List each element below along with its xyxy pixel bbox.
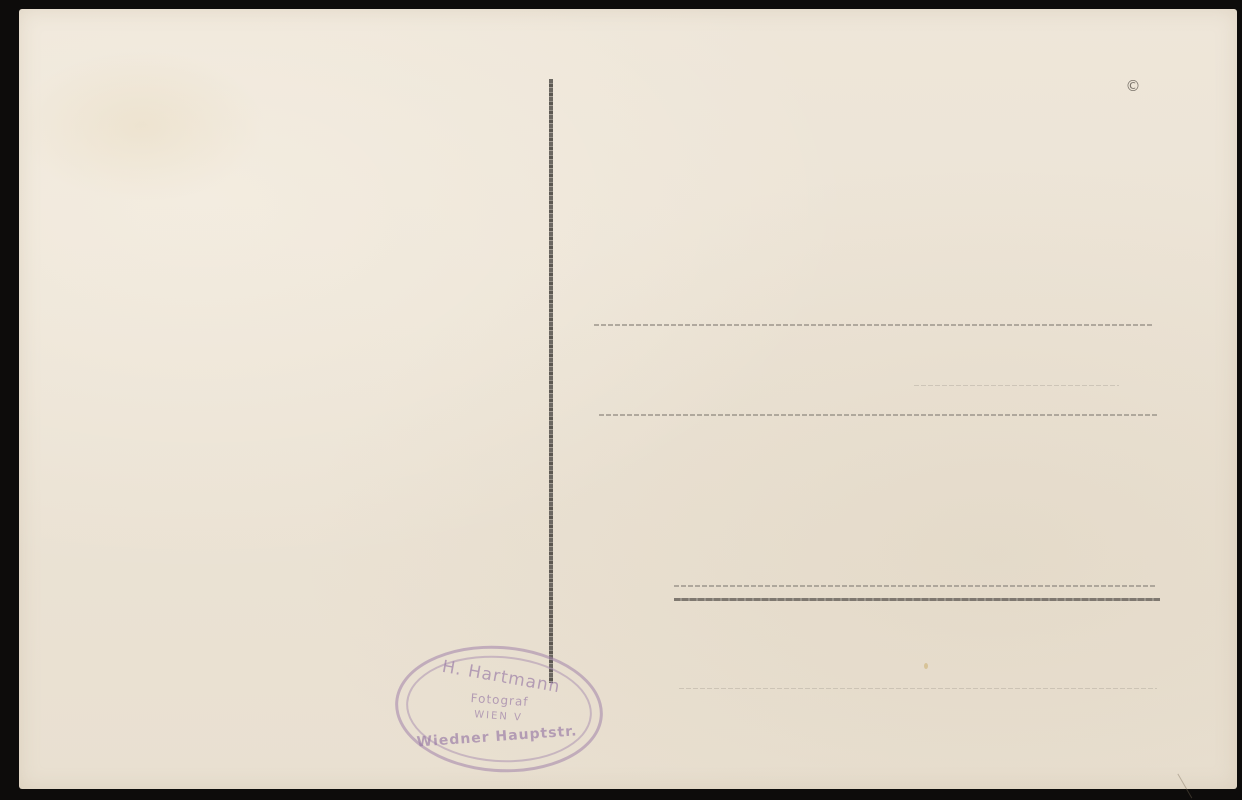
address-line-3 — [599, 414, 1159, 416]
address-line-1 — [594, 324, 1154, 326]
scan-background: © H. Hartmann Fotograf WIEN V Wiedner Ha… — [0, 0, 1242, 800]
address-line-2 — [914, 385, 1119, 386]
postcard-back: © — [19, 9, 1237, 789]
address-line-4 — [674, 585, 1156, 587]
paper-crease — [1177, 764, 1209, 799]
address-line-5 — [674, 598, 1160, 601]
paper-stain — [924, 663, 928, 669]
copyright-icon: © — [1124, 77, 1142, 95]
address-line-6 — [679, 688, 1157, 689]
center-divider-line — [549, 79, 553, 683]
